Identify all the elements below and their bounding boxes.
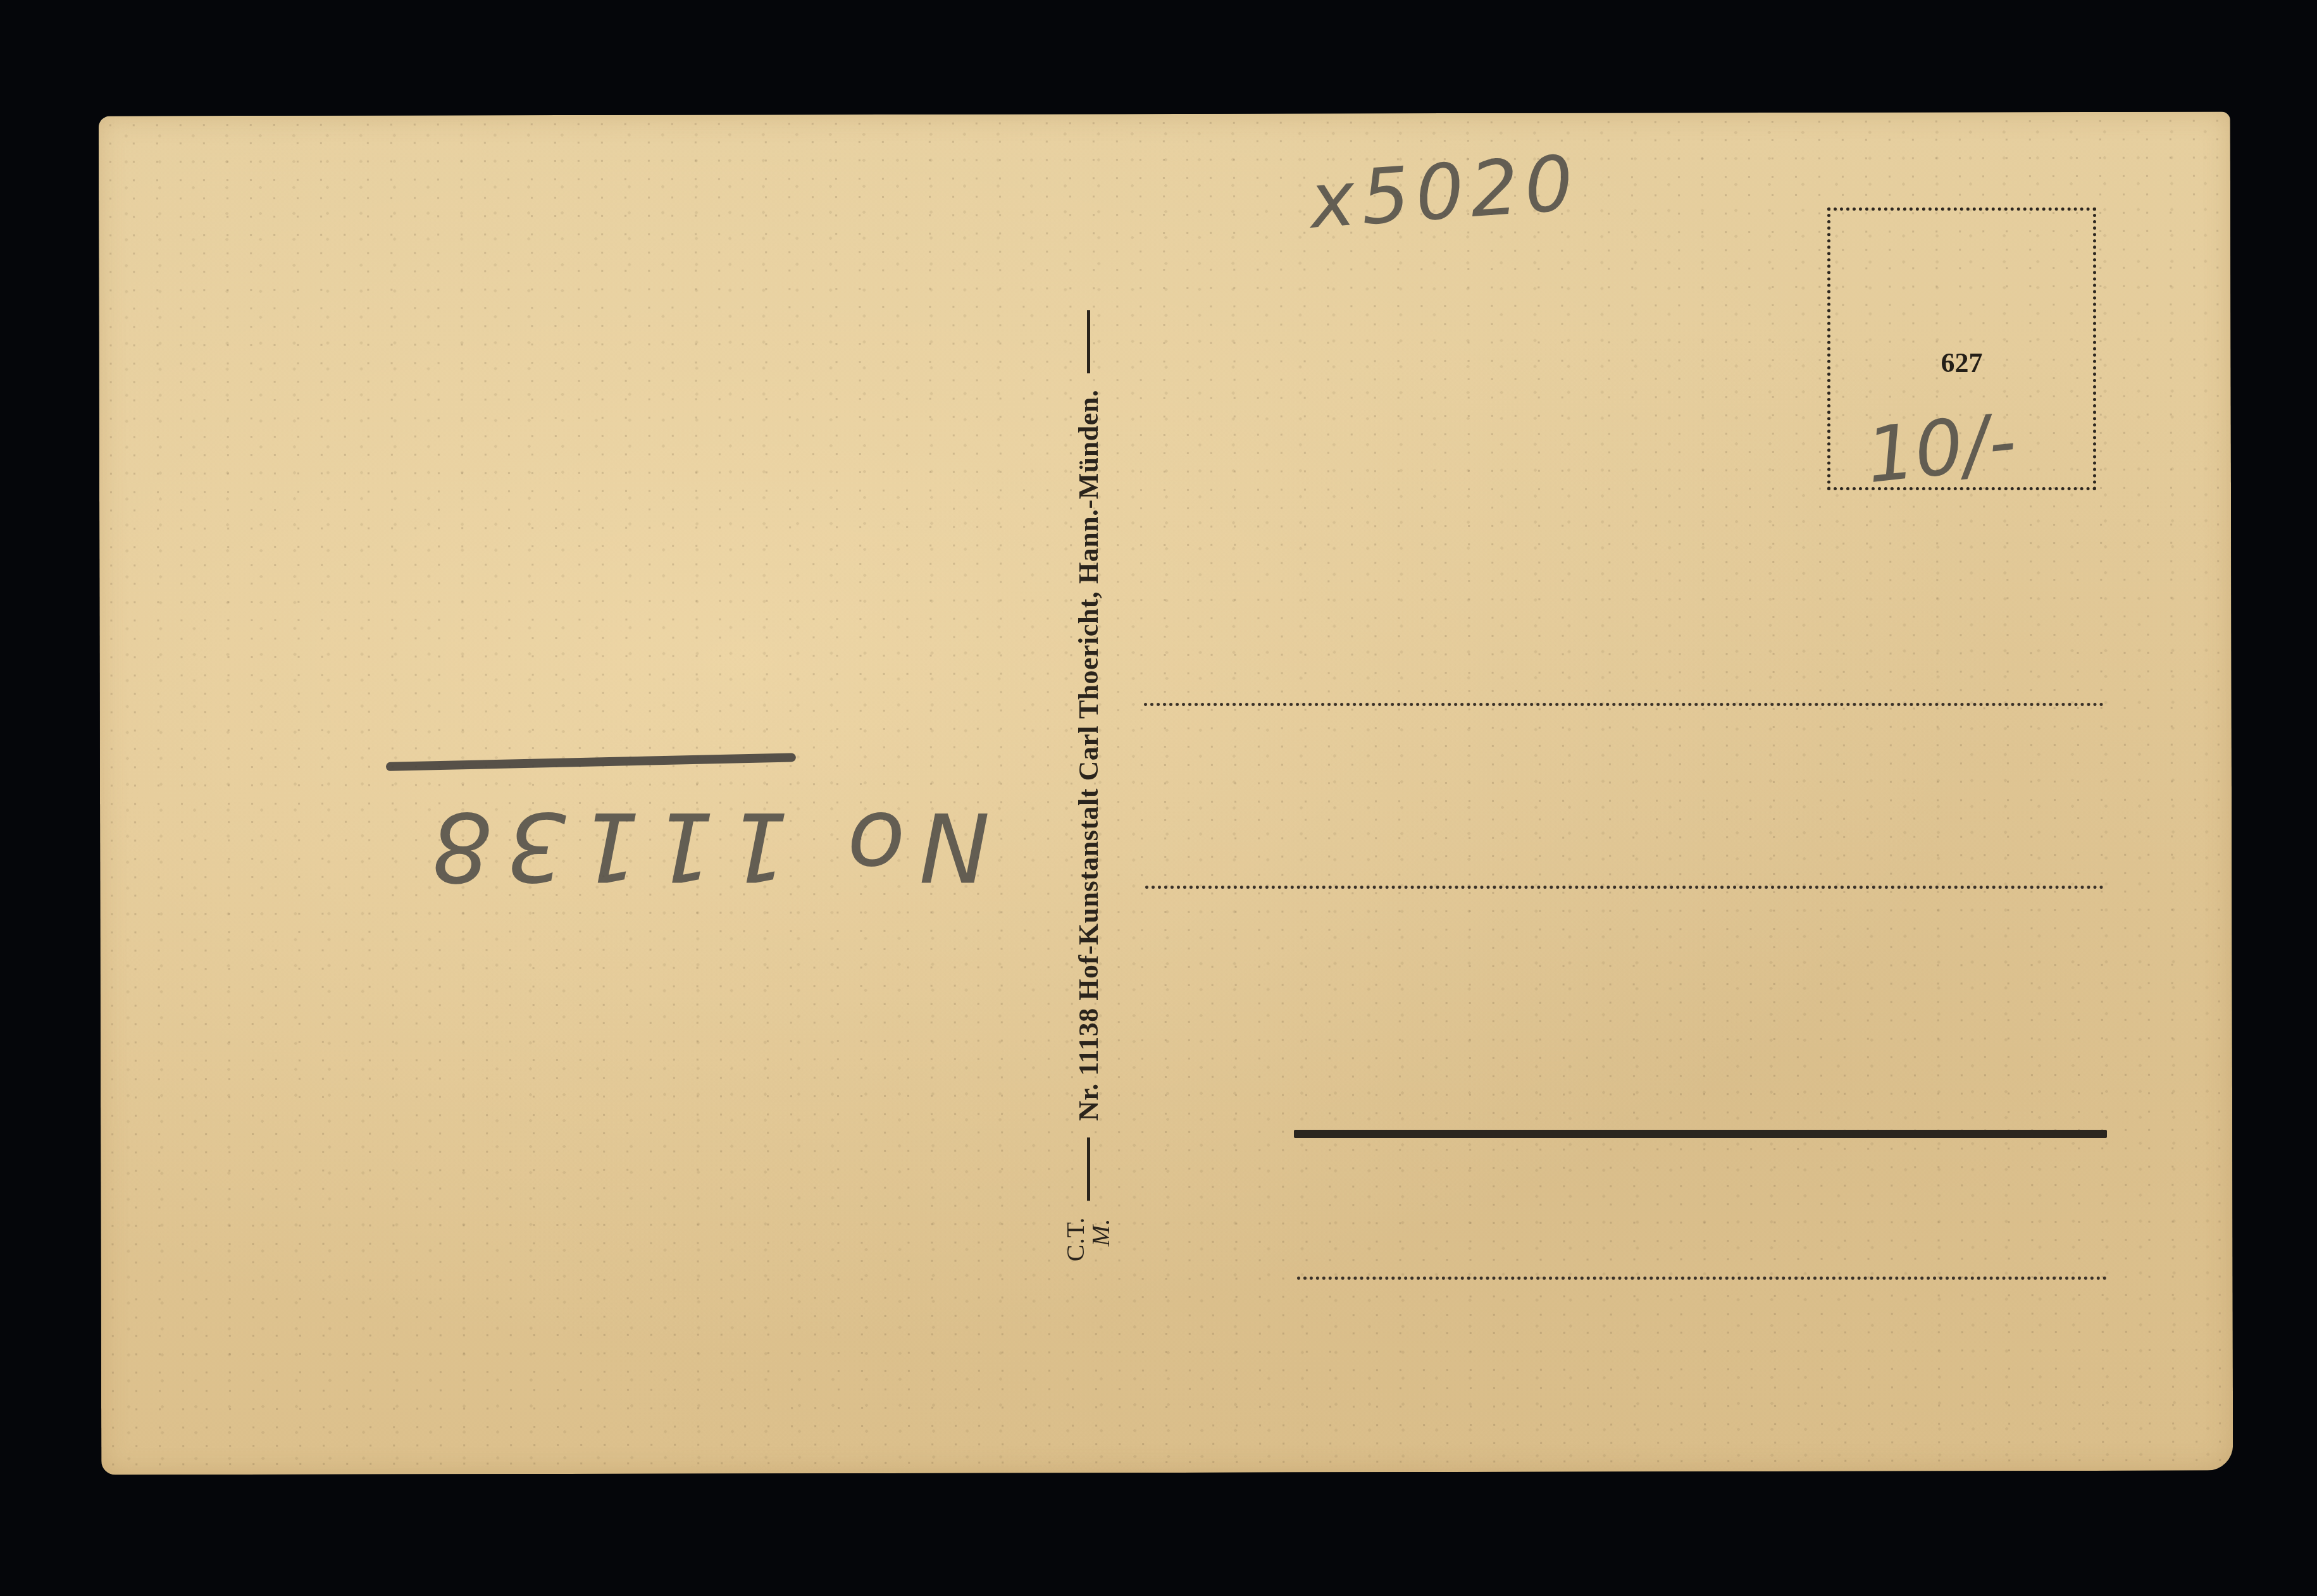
imprint-dash-right — [1087, 310, 1090, 373]
initials-line-1: C.T. — [1063, 1217, 1088, 1261]
handwritten-reference: x5020 — [1307, 139, 1582, 245]
address-line-solid — [1294, 1130, 2107, 1138]
handwritten-price: 10/- — [1862, 397, 2020, 500]
address-line-1 — [1144, 703, 2104, 706]
imprint-dash-left — [1087, 1137, 1090, 1201]
initials-line-2: M. — [1088, 1217, 1114, 1261]
publisher-imprint: C.T. M. Nr. 11138 Hof-Kunstanstalt Carl … — [1063, 310, 1114, 1261]
stamp-box-number: 627 — [1830, 347, 2093, 379]
handwritten-catalog-number: No 11138 — [418, 791, 990, 901]
address-line-3 — [1297, 1277, 2107, 1280]
address-line-2 — [1145, 886, 2104, 889]
imprint-text: Nr. 11138 Hof-Kunstanstalt Carl Thoerich… — [1072, 390, 1105, 1121]
publisher-initials: C.T. M. — [1063, 1217, 1114, 1261]
